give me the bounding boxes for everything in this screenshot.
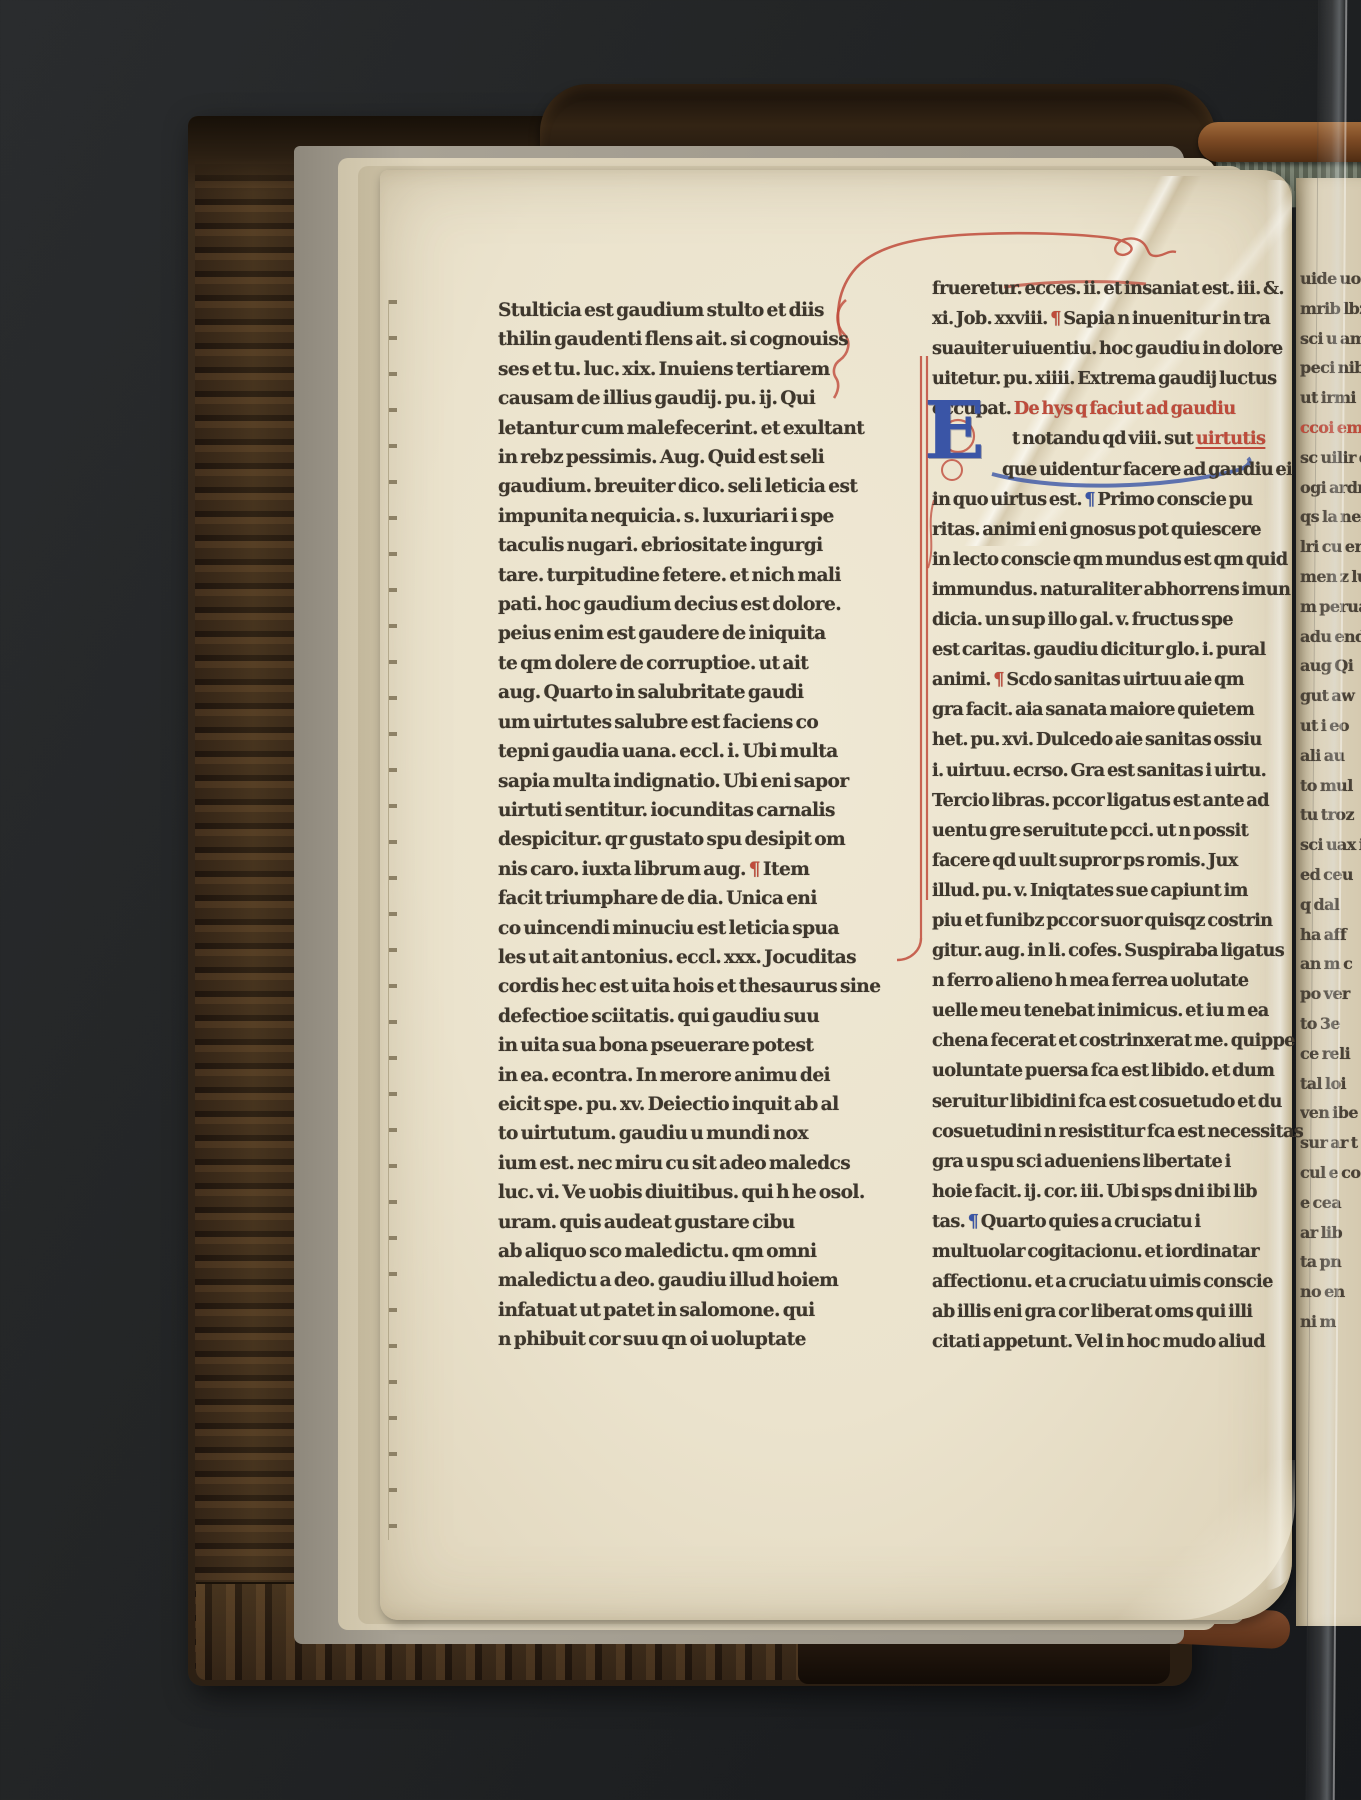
text-line: gut aw — [1300, 681, 1361, 711]
text-line: ta pn — [1300, 1247, 1361, 1277]
text-line: tas. ¶ Quarto quies a cruciatu i — [932, 1207, 1278, 1237]
text-line: qs la nex — [1300, 502, 1361, 532]
text-line: ce reli — [1300, 1039, 1361, 1069]
text-line: men z lu — [1300, 562, 1361, 592]
text-line: cosuetudini n resistitur fca est necessi… — [932, 1117, 1278, 1147]
text-line: e cea — [1300, 1188, 1361, 1218]
text-line: ses et tu. luc. xix. Inuiens tertiarem — [498, 355, 834, 384]
text-line: m perua — [1300, 592, 1361, 622]
text-line: ab illis eni gra cor liberat oms qui ill… — [932, 1297, 1278, 1327]
text-line: tepni gaudia uana. eccl. i. Ubi multa — [498, 737, 834, 766]
manuscript-photo: uide uolmrib lbz usci u amdpeci nibiut i… — [0, 0, 1361, 1800]
text-line: infatuat ut patet in salomone. qui — [498, 1296, 834, 1325]
text-line: n ferro alieno h mea ferrea uolutate — [932, 966, 1278, 996]
text-line: nis caro. iuxta librum aug. ¶ Item — [498, 855, 834, 884]
text-line: immundus. naturaliter abhorrens imun — [932, 575, 1278, 605]
text-line: uelle meu tenebat inimicus. et iu m ea — [932, 996, 1278, 1026]
text-line: peius enim est gaudere de iniquita — [498, 619, 834, 648]
text-line: ut i eo — [1300, 711, 1361, 741]
text-line: uentu gre seruitute pcci. ut n possit — [932, 816, 1278, 846]
text-line: an m c — [1300, 949, 1361, 979]
leather-strap-top — [1198, 122, 1361, 162]
text-line: gaudium. breuiter dico. seli leticia est — [498, 472, 834, 501]
text-line: seruitur libidini fca est cosuetudo et d… — [932, 1087, 1278, 1117]
text-line: adu endi — [1300, 622, 1361, 652]
text-line: ali au — [1300, 741, 1361, 771]
text-line: sci u amd — [1300, 324, 1361, 354]
text-line: multuolar cogitacionu. et iordinatar — [932, 1237, 1278, 1267]
text-line: ut irmi — [1300, 383, 1361, 413]
text-line: ar lib — [1300, 1218, 1361, 1248]
text-line: lri cu er — [1300, 532, 1361, 562]
text-line: uide uol — [1300, 264, 1361, 294]
text-line: cul e co — [1300, 1158, 1361, 1188]
text-line: impunita nequicia. s. luxuriari i spe — [498, 502, 834, 531]
text-line: citati appetunt. Vel in hoc mudo aliud — [932, 1327, 1278, 1357]
text-line: peci nibi — [1300, 353, 1361, 383]
text-line: luc. vi. Ve uobis diuitibus. qui h he os… — [498, 1178, 834, 1207]
text-line: n phibuit cor suu qn oi uoluptate — [498, 1325, 834, 1354]
text-line: ccoi emai — [1300, 413, 1361, 443]
text-line: ium est. nec miru cu sit adeo maledcs — [498, 1149, 834, 1178]
text-line: ab aliquo sco maledictu. qm omni — [498, 1237, 834, 1266]
text-line: tare. turpitudine fetere. et nich mali — [498, 561, 834, 590]
text-line: affectionu. et a cruciatu uimis conscie — [932, 1267, 1278, 1297]
text-line: piu et funibz pccor suor quisqz costrin — [932, 906, 1278, 936]
text-line: uoluntate puersa fca est libido. et dum — [932, 1056, 1278, 1086]
text-line: sapia multa indignatio. Ubi eni sapor — [498, 767, 834, 796]
text-line: les ut ait antonius. eccl. xxx. Jocudita… — [498, 943, 834, 972]
text-line: thilin gaudenti flens ait. si cognouiss — [498, 325, 834, 354]
text-line: in lecto conscie qm mundus est qm quid — [932, 545, 1278, 575]
text-line: aug Qi — [1300, 651, 1361, 681]
text-line: est caritas. gaudiu dicitur glo. i. pura… — [932, 635, 1278, 665]
text-line: ni m — [1300, 1307, 1361, 1337]
text-line: te qm dolere de corruptioe. ut ait — [498, 649, 834, 678]
text-line: sur ar t — [1300, 1128, 1361, 1158]
text-line: gra u spu sci adueniens libertate i — [932, 1147, 1278, 1177]
text-line: taculis nugari. ebriositate ingurgi — [498, 531, 834, 560]
text-line: despicitur. qr gustato spu desipit om — [498, 825, 834, 854]
text-line: xi. Job. xxviii. ¶ Sapia n inuenitur in … — [932, 304, 1278, 334]
text-line: het. pu. xvi. Dulcedo aie sanitas ossiu — [932, 725, 1278, 755]
text-line: to 3e — [1300, 1009, 1361, 1039]
text-line: illud. pu. v. Iniqtates sue capiunt im — [932, 876, 1278, 906]
fragments-column: uide uolmrib lbz usci u amdpeci nibiut i… — [1300, 264, 1361, 1337]
text-line: in quo uirtus est. ¶ Primo conscie pu — [932, 485, 1278, 515]
text-line: Stulticia est gaudium stulto et diis — [498, 296, 834, 325]
text-line: um uirtutes salubre est faciens co — [498, 708, 834, 737]
text-line: eicit spe. pu. xv. Deiectio inquit ab al — [498, 1090, 834, 1119]
text-line: aug. Quarto in salubritate gaudi — [498, 678, 834, 707]
text-line: ha aff — [1300, 920, 1361, 950]
text-line: sc uilir d — [1300, 443, 1361, 473]
text-line: tu troz — [1300, 800, 1361, 830]
text-line: gitur. aug. in li. cofes. Suspiraba liga… — [932, 936, 1278, 966]
gutter-stitching — [388, 300, 397, 1540]
text-line: Tercio libras. pccor ligatus est ante ad — [932, 786, 1278, 816]
text-line: pati. hoc gaudium decius est dolore. — [498, 590, 834, 619]
text-line: facit triumphare de dia. Unica eni — [498, 884, 834, 913]
text-line: ritas. animi eni gnosus pot quiescere — [932, 515, 1278, 545]
text-line: uirtuti sentitur. iocunditas carnalis — [498, 796, 834, 825]
text-line: frueretur. ecces. ii. et insaniat est. i… — [932, 274, 1278, 304]
text-line: ogi ardn — [1300, 473, 1361, 503]
text-line: po ver — [1300, 979, 1361, 1009]
text-line: to uirtutum. gaudiu u mundi nox — [498, 1119, 834, 1148]
text-line: chena fecerat et costrinxerat me. quippe — [932, 1026, 1278, 1056]
text-line: in uita sua bona pseuerare potest — [498, 1031, 834, 1060]
text-line: suauiter uiuentiu. hoc gaudiu in dolore — [932, 334, 1278, 364]
initial-E: E — [924, 398, 985, 464]
text-line: defectioe sciitatis. qui gaudiu suu — [498, 1002, 834, 1031]
text-line: ven ibe — [1300, 1098, 1361, 1128]
text-line: uram. quis audeat gustare cibu — [498, 1208, 834, 1237]
text-line: to mul — [1300, 771, 1361, 801]
text-line: dicia. un sup illo gal. v. fructus spe — [932, 605, 1278, 635]
text-line: cordis hec est uita hois et thesaurus si… — [498, 972, 834, 1001]
text-line: causam de illius gaudij. pu. ij. Qui — [498, 384, 834, 413]
text-line: no en — [1300, 1277, 1361, 1307]
text-line: gra facit. aia sanata maiore quietem — [932, 695, 1278, 725]
text-line: letantur cum malefecerint. et exultant — [498, 414, 834, 443]
text-line: maledictu a deo. gaudiu illud hoiem — [498, 1266, 834, 1295]
text-line: tal loi — [1300, 1069, 1361, 1099]
text-line: co uincendi minuciu est leticia spua — [498, 914, 834, 943]
text-line: mrib lbz u — [1300, 294, 1361, 324]
left-column: Stulticia est gaudium stulto et diisthil… — [498, 296, 834, 1355]
text-line: animi. ¶ Scdo sanitas uirtuu aie qm — [932, 665, 1278, 695]
text-line: sci uax i — [1300, 830, 1361, 860]
text-line: facere qd uult supror ps romis. Jux — [932, 846, 1278, 876]
text-line: i. uirtuu. ecrso. Gra est sanitas i uirt… — [932, 756, 1278, 786]
text-line: ed ceu — [1300, 860, 1361, 890]
text-line: in rebz pessimis. Aug. Quid est seli — [498, 443, 834, 472]
text-line: hoie facit. ij. cor. iii. Ubi sps dni ib… — [932, 1177, 1278, 1207]
text-line: in ea. econtra. In merore animu dei — [498, 1061, 834, 1090]
text-line: q dal — [1300, 890, 1361, 920]
